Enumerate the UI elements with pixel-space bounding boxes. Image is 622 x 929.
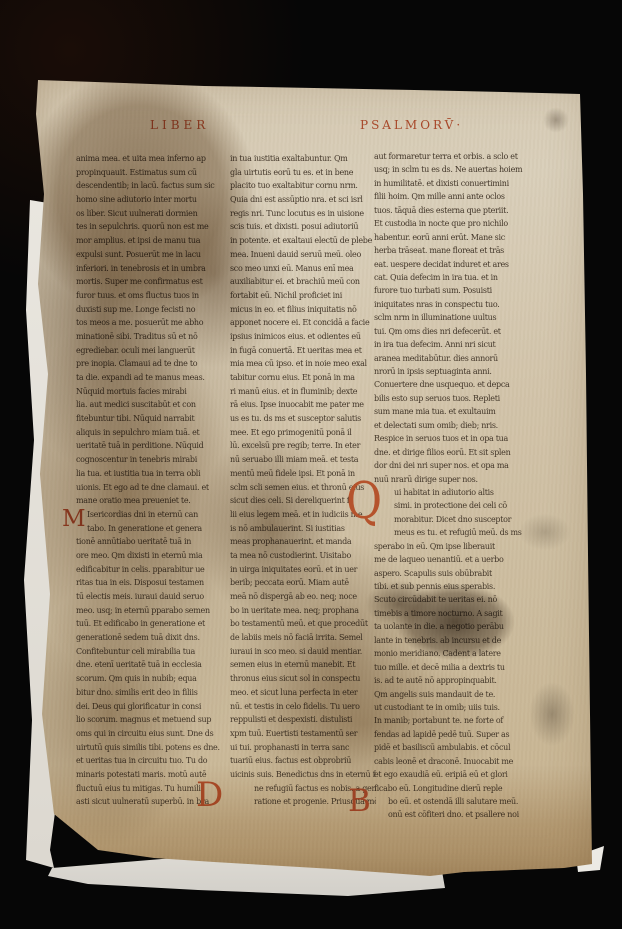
manuscript-text-line: Scuto circūdabit te ueritas ei. nō <box>374 593 526 606</box>
manuscript-text-line: timebis a timore nocturno. A sagit <box>374 607 526 620</box>
manuscript-text-line: micus in eo. et filius iniquitatis nō <box>230 303 376 317</box>
manuscript-text-line: Quia dni est assūptio nra. et sci isrl <box>230 193 376 207</box>
manuscript-text-line: tuos. tāquā dies esterna que pteriit. <box>374 204 526 217</box>
manuscript-text-line: tabitur cornu eius. Et ponā in ma <box>230 371 376 385</box>
manuscript-text-line: ta die. expandi ad te manus meas. <box>76 371 234 385</box>
running-title-psalmoru: PSALMORV̄· <box>360 118 463 132</box>
manuscript-text-line: aut formaretur terra et orbis. a sclo et <box>374 150 526 163</box>
manuscript-text-line: dne. et dirige filios eorū. Et sit splen <box>374 446 526 459</box>
manuscript-text-line: aranea meditabūtur. dies annorū <box>374 352 526 365</box>
manuscript-text-line: in potente. et exaltaui electū de plebe <box>230 234 376 248</box>
manuscript-text-line: auxiliabitur ei. et brachiū meū con <box>230 275 376 289</box>
photo-background: LIBER PSALMORV̄· anima mea. et uita mea … <box>0 0 622 929</box>
manuscript-text-line: in fugā conuertā. Et ueritas mea et <box>230 344 376 358</box>
manuscript-text-line: meus es tu. et refugiū meū. ds ms <box>374 526 526 539</box>
manuscript-text-line: filii hoim. Qm mille anni ante oclos <box>374 190 526 203</box>
manuscript-text-line: in uirga iniquitates eorū. et in uer <box>230 563 376 577</box>
manuscript-text-line: propinquauit. Estimatus sum cū <box>76 166 234 180</box>
manuscript-text-line: mortis. Super me confirmatus est <box>76 275 234 289</box>
manuscript-text-line: eat. uespere decidat induret et ares <box>374 258 526 271</box>
manuscript-text-line: nrorū in ipsis septuaginta anni. <box>374 365 526 378</box>
manuscript-text-line: fitebuntur tibi. Nūquid narrabit <box>76 412 234 426</box>
manuscript-text-line: semen eius in eternū manebit. Et <box>230 658 376 672</box>
manuscript-text-line: sum mane mia tua. et exultauim <box>374 405 526 418</box>
manuscript-text-line: meā nō dispergā ab eo. neq; noce <box>230 590 376 604</box>
manuscript-text-line: me de laqueo uenantiū. et a uerbo <box>374 553 526 566</box>
manuscript-text-line: inferiori. in tenebrosis et in umbra <box>76 262 234 276</box>
manuscript-text-line: herba trāseat. mane floreat et trās <box>374 244 526 257</box>
manuscript-text-line: tes in sepulchris. quorū non est me <box>76 220 234 234</box>
manuscript-text-line: expulsi sunt. Posuerūt me in lacu <box>76 248 234 262</box>
manuscript-text-line: sclm nrm in illuminatione uultus <box>374 311 526 324</box>
manuscript-text-line: nuū nrarū dirige super nos. <box>374 473 526 486</box>
manuscript-text-line: et ueritas tua in circuitu tuo. Tu do <box>76 754 234 768</box>
manuscript-text-line: furor tuus. et oms fluctus tuos in <box>76 289 234 303</box>
manuscript-text-line: in tua iustitia exaltabuntur. Qm <box>230 152 376 166</box>
manuscript-text-line: fortabit eū. Nichil proficiet ini <box>230 289 376 303</box>
manuscript-text-line: oms qui in circuitu eius sunt. Dne ds <box>76 727 234 741</box>
manuscript-text-line: et delectati sum omib; dieb; nris. <box>374 419 526 432</box>
manuscript-text-line: tos meos a me. posuerūt me abho <box>76 316 234 330</box>
manuscript-text-line: regis nri. Tunc locutus es in uisione <box>230 207 376 221</box>
drop-cap-domine-refugium: D <box>196 778 223 812</box>
drop-cap-bonum-est: B <box>348 786 371 817</box>
manuscript-text-line: In manib; portabunt te. ne forte of <box>374 714 526 727</box>
manuscript-text-line: pidē et basiliscū ambulabis. et cōcul <box>374 741 526 754</box>
manuscript-text-line: sperabo in eū. Qm ipse liberauit <box>374 540 526 553</box>
manuscript-text-line: monio meridiano. Cadent a latere <box>374 647 526 660</box>
manuscript-text-line: aspero. Scapulis suis obūbrabit <box>374 567 526 580</box>
manuscript-text-line: fendas ad lapidē pedē tuū. Super as <box>374 728 526 741</box>
text-column-left: anima mea. et uita mea inferno appropinq… <box>76 152 234 809</box>
manuscript-text-line: uicinis suis. Benedictus dns in eternū f… <box>230 768 376 782</box>
manuscript-text-line: ritas tua in eis. Disposui testamen <box>76 576 234 590</box>
manuscript-text-line: os liber. Sicut uulnerati dormien <box>76 207 234 221</box>
manuscript-text-line: uionis. Et ego ad te dne clamaui. et <box>76 481 234 495</box>
manuscript-text-line: apponet nocere ei. Et concidā a facie <box>230 316 376 330</box>
manuscript-text-line: scorum. Qm quis in nubib; equa <box>76 672 234 686</box>
manuscript-text-line: nū seruabo illi miam meā. et testa <box>230 453 376 467</box>
manuscript-text-line: generationē sedem tuā dixit dns. <box>76 631 234 645</box>
manuscript-text-line: ore meo. Qm dixisti in eternū mia <box>76 549 234 563</box>
manuscript-text-line: anima mea. et uita mea inferno ap <box>76 152 234 166</box>
manuscript-text-line: thronus eius sicut sol in conspectu <box>230 672 376 686</box>
running-title-liber: LIBER <box>150 118 209 132</box>
manuscript-text-line: edificabitur in celis. pparabitur ue <box>76 563 234 577</box>
manuscript-text-line: mane oratio mea preueniet te. <box>76 494 234 508</box>
manuscript-text-line: egrediebar. oculi mei languerūt <box>76 344 234 358</box>
manuscript-text-line: iuraui in sco meo. si dauid mentiar. <box>230 645 376 659</box>
manuscript-text-line: ri manū eius. et in fluminib; dexte <box>230 385 376 399</box>
manuscript-text-line: duxisti sup me. Longe fecisti no <box>76 303 234 317</box>
manuscript-text-line: aliquis in sepulchro miam tuā. et <box>76 426 234 440</box>
manuscript-text-line: mea. Inueni dauid seruū meū. oleo <box>230 248 376 262</box>
manuscript-text-line: uirtutū quis similis tibi. potens es dne… <box>76 741 234 755</box>
manuscript-text-line: minationē sibi. Traditus sū et nō <box>76 330 234 344</box>
manuscript-text-line: dor dni dei nri super nos. et opa ma <box>374 459 526 472</box>
manuscript-text-line: lia. aut medici suscitabūt et con <box>76 398 234 412</box>
manuscript-text-line: lio scorum. magnus et metuend sup <box>76 713 234 727</box>
manuscript-text-line: xpm tuū. Euertisti testamentū ser <box>230 727 376 741</box>
manuscript-text-line: morabitur. Dicet dno susceptor <box>374 513 526 526</box>
manuscript-text-line: lū. excelsū pre regib; terre. In eter <box>230 439 376 453</box>
manuscript-text-line: bilis esto sup seruos tuos. Repleti <box>374 392 526 405</box>
manuscript-text-line: et ego exaudiā eū. eripiā eū et glori <box>374 768 526 781</box>
manuscript-text-line: ut custodiant te in omib; uiis tuis. <box>374 701 526 714</box>
manuscript-text-line: us es tu. ds ms et susceptor salutis <box>230 412 376 426</box>
manuscript-text-line: habentur. eorū anni erūt. Mane sic <box>374 231 526 244</box>
manuscript-text-line: bitur dno. similis erit deo in filiis <box>76 686 234 700</box>
manuscript-text-line: berib; peccata eorū. Miam autē <box>230 576 376 590</box>
manuscript-text-line: tionē annūtiabo ueritatē tuā in <box>76 535 234 549</box>
manuscript-text-line: ta mea nō custodierint. Uisitabo <box>230 549 376 563</box>
manuscript-text-line: bo testamentū meū. et que procedūt <box>230 617 376 631</box>
manuscript-text-line: ueritatē tuā in perditione. Nūquid <box>76 439 234 453</box>
manuscript-text-line: cat. Quia defecim in ira tua. et in <box>374 271 526 284</box>
manuscript-text-line: tū electis meis. iuraui dauid seruo <box>76 590 234 604</box>
manuscript-text-line: tui. Qm oms dies nri defecerūt. et <box>374 325 526 338</box>
manuscript-text-line: dei. Deus qui glorificatur in consi <box>76 700 234 714</box>
manuscript-text-line: Respice in seruos tuos et in opa tua <box>374 432 526 445</box>
manuscript-text-line: cabis leonē et draconē. Inuocabit me <box>374 755 526 768</box>
manuscript-text-line: iniquitates nras in conspectu tuo. <box>374 298 526 311</box>
manuscript-text-line: Conuertere dne usquequo. et depca <box>374 378 526 391</box>
manuscript-text-line: tuū. Et edificabo in generatione et <box>76 617 234 631</box>
manuscript-text-line: descendentib; in lacū. factus sum sic <box>76 179 234 193</box>
manuscript-text-line: is. ad te autē nō appropinquabit. <box>374 674 526 687</box>
manuscript-text-line: ta uolante in die. a negotio perābu <box>374 620 526 633</box>
manuscript-text-line: in humilitatē. et dixisti conuertimini <box>374 177 526 190</box>
text-column-right: aut formaretur terra et orbis. a sclo et… <box>374 150 526 822</box>
manuscript-text-line: meo. et sicut luna perfecta in eter <box>230 686 376 700</box>
manuscript-text-line: meas prophanauerint. et manda <box>230 535 376 549</box>
manuscript-text-line: lia tua. et iustitia tua in terra obli <box>76 467 234 481</box>
manuscript-text-line: usq; in sclm tu es ds. Ne auertas hoiem <box>374 163 526 176</box>
manuscript-text-line: Qm angelis suis mandauit de te. <box>374 688 526 701</box>
manuscript-text-line: ficabo eū. Longitudine dierū reple <box>374 782 526 795</box>
manuscript-text-line: Confitebuntur celi mirabilia tua <box>76 645 234 659</box>
manuscript-text-line: mia mea cū ipso. et in noie meo exal <box>230 357 376 371</box>
manuscript-text-line: Isericordias dni in eternū can <box>76 508 234 522</box>
manuscript-text-line: tibi. et sub pennis eius sperabis. <box>374 580 526 593</box>
manuscript-text-line: rā eius. Ipse inuocabit me pater me <box>230 398 376 412</box>
manuscript-text-line: in ira tua defecim. Anni nri sicut <box>374 338 526 351</box>
manuscript-text-line: furore tuo turbati sum. Posuisti <box>374 284 526 297</box>
manuscript-text-line: nū. et testis in celo fidelis. Tu uero <box>230 700 376 714</box>
manuscript-text-line: tabo. In generatione et genera <box>76 522 234 536</box>
manuscript-text-line: onū est cōfiteri dno. et psallere noi <box>374 808 526 821</box>
manuscript-text-line: meo. usq; in eternū pparabo semen <box>76 604 234 618</box>
manuscript-text-line: reppulisti et despexisti. distulisti <box>230 713 376 727</box>
manuscript-text-line: scis tuis. et dixisti. posui adiutoriū <box>230 220 376 234</box>
manuscript-text-line: mor amplius. et ipsi de manu tua <box>76 234 234 248</box>
manuscript-text-line: homo sine adiutorio inter mortu <box>76 193 234 207</box>
manuscript-text-line: dne. etenī ueritatē tuā in ecclesia <box>76 658 234 672</box>
manuscript-text-line: simi. in protectione dei celi cō <box>374 499 526 512</box>
manuscript-text-line: lante in tenebris. ab incursu et de <box>374 634 526 647</box>
manuscript-text-line: bo eū. et ostendā illi salutare meū. <box>374 795 526 808</box>
manuscript-text-line: cognoscentur in tenebris mirabi <box>76 453 234 467</box>
manuscript-text-line: ui habitat in adiutorio altis <box>374 486 526 499</box>
manuscript-text-line: bo in ueritate mea. neq; prophana <box>230 604 376 618</box>
manuscript-text-line: ui tui. prophanasti in terra sanc <box>230 741 376 755</box>
manuscript-page: LIBER PSALMORV̄· anima mea. et uita mea … <box>34 74 598 880</box>
manuscript-text-line: Nūquid mortuis facies mirabi <box>76 385 234 399</box>
manuscript-text-line: de labiis meis nō faciā irrita. Semel <box>230 631 376 645</box>
drop-cap-misericordias: M <box>62 508 86 531</box>
drop-cap-qui-habitat: Q <box>346 477 382 528</box>
manuscript-text-line: tuo mille. et decē milia a dextris tu <box>374 661 526 674</box>
manuscript-text-line: pre inopia. Clamaui ad te dne to <box>76 357 234 371</box>
manuscript-text-line: sco meo unxi eū. Manus enī mea <box>230 262 376 276</box>
manuscript-text-line: placito tuo exaltabitur cornu nrm. <box>230 179 376 193</box>
manuscript-text-line: tuariū eius. factus est obprobriū <box>230 754 376 768</box>
manuscript-text-line: Et custodia in nocte que pro nichilo <box>374 217 526 230</box>
manuscript-text-line: mee. Et ego primogenitū ponā il <box>230 426 376 440</box>
manuscript-text-line: ipsius inimicos eius. et odientes eū <box>230 330 376 344</box>
manuscript-text-line: gla uirtutis eorū tu es. et in bene <box>230 166 376 180</box>
